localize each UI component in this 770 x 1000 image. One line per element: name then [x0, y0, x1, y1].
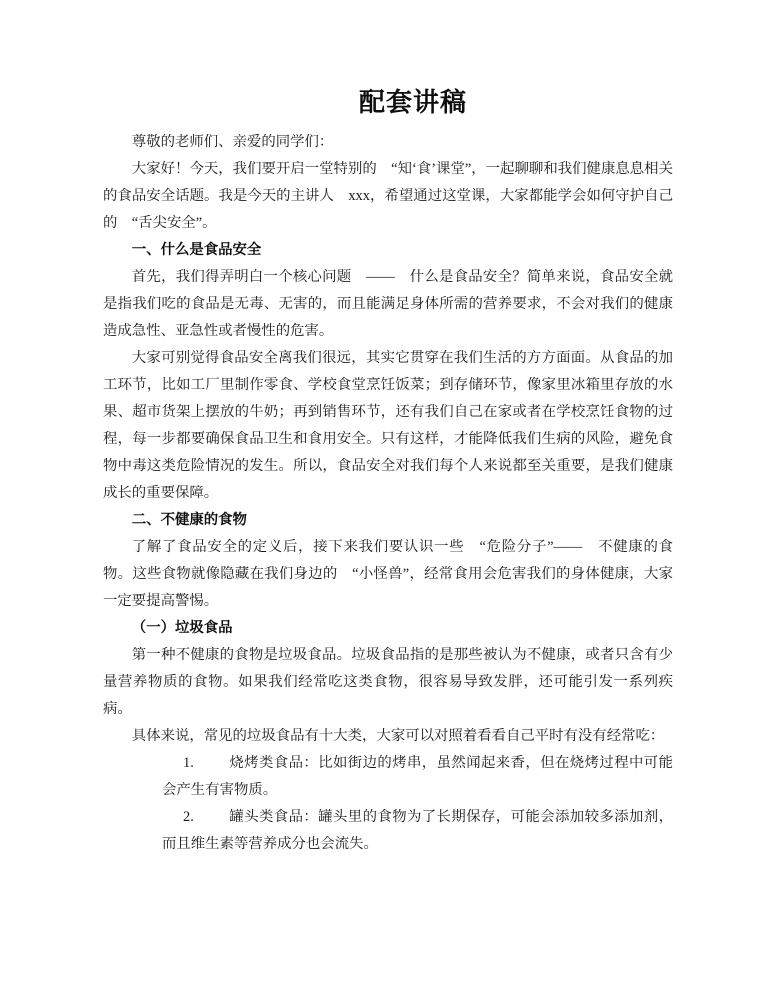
section-2-heading: 二、不健康的食物: [103, 507, 673, 534]
list-item-number: 2.: [183, 804, 229, 831]
opening-paragraph: 大家好！今天，我们要开启一堂特别的 “知‘食’课堂”，一起聊聊和我们健康息息相关…: [103, 156, 673, 237]
section-1-paragraph-2: 大家可别觉得食品安全离我们很远，其实它贯穿在我们生活的方方面面。从食品的加工环节…: [103, 345, 673, 507]
document-body: 配套讲稿 尊敬的老师们、亲爱的同学们： 大家好！今天，我们要开启一堂特别的 “知…: [0, 0, 770, 858]
document-page: 配套讲稿 尊敬的老师们、亲爱的同学们： 大家好！今天，我们要开启一堂特别的 “知…: [0, 0, 770, 1000]
document-title: 配套讲稿: [153, 85, 673, 121]
salutation: 尊敬的老师们、亲爱的同学们：: [103, 129, 673, 156]
section-1-heading: 一、什么是食品安全: [103, 237, 673, 264]
subsection-1-heading: （一）垃圾食品: [103, 615, 673, 642]
section-2-paragraph-1: 了解了食品安全的定义后，接下来我们要认识一些 “危险分子”—— 不健康的食物。这…: [103, 534, 673, 615]
section-1-paragraph-1: 首先，我们得弄明白一个核心问题 —— 什么是食品安全？简单来说，食品安全就是指我…: [103, 264, 673, 345]
list-item: 2.罐头类食品：罐头里的食物为了长期保存，可能会添加较多添加剂，而且维生素等营养…: [103, 804, 673, 858]
list-item: 1.烧烤类食品：比如街边的烤串，虽然闻起来香，但在烧烤过程中可能会产生有害物质。: [103, 750, 673, 804]
list-item-number: 1.: [183, 750, 229, 777]
list-item-text: 罐头类食品：罐头里的食物为了长期保存，可能会添加较多添加剂，而且维生素等营养成分…: [162, 809, 673, 852]
subsection-1-paragraph-2: 具体来说，常见的垃圾食品有十大类，大家可以对照着看看自己平时有没有经常吃：: [103, 723, 673, 750]
list-item-text: 烧烤类食品：比如街边的烤串，虽然闻起来香，但在烧烤过程中可能会产生有害物质。: [162, 755, 673, 798]
subsection-1-paragraph-1: 第一种不健康的食物是垃圾食品。垃圾食品指的是那些被认为不健康，或者只含有少量营养…: [103, 642, 673, 723]
